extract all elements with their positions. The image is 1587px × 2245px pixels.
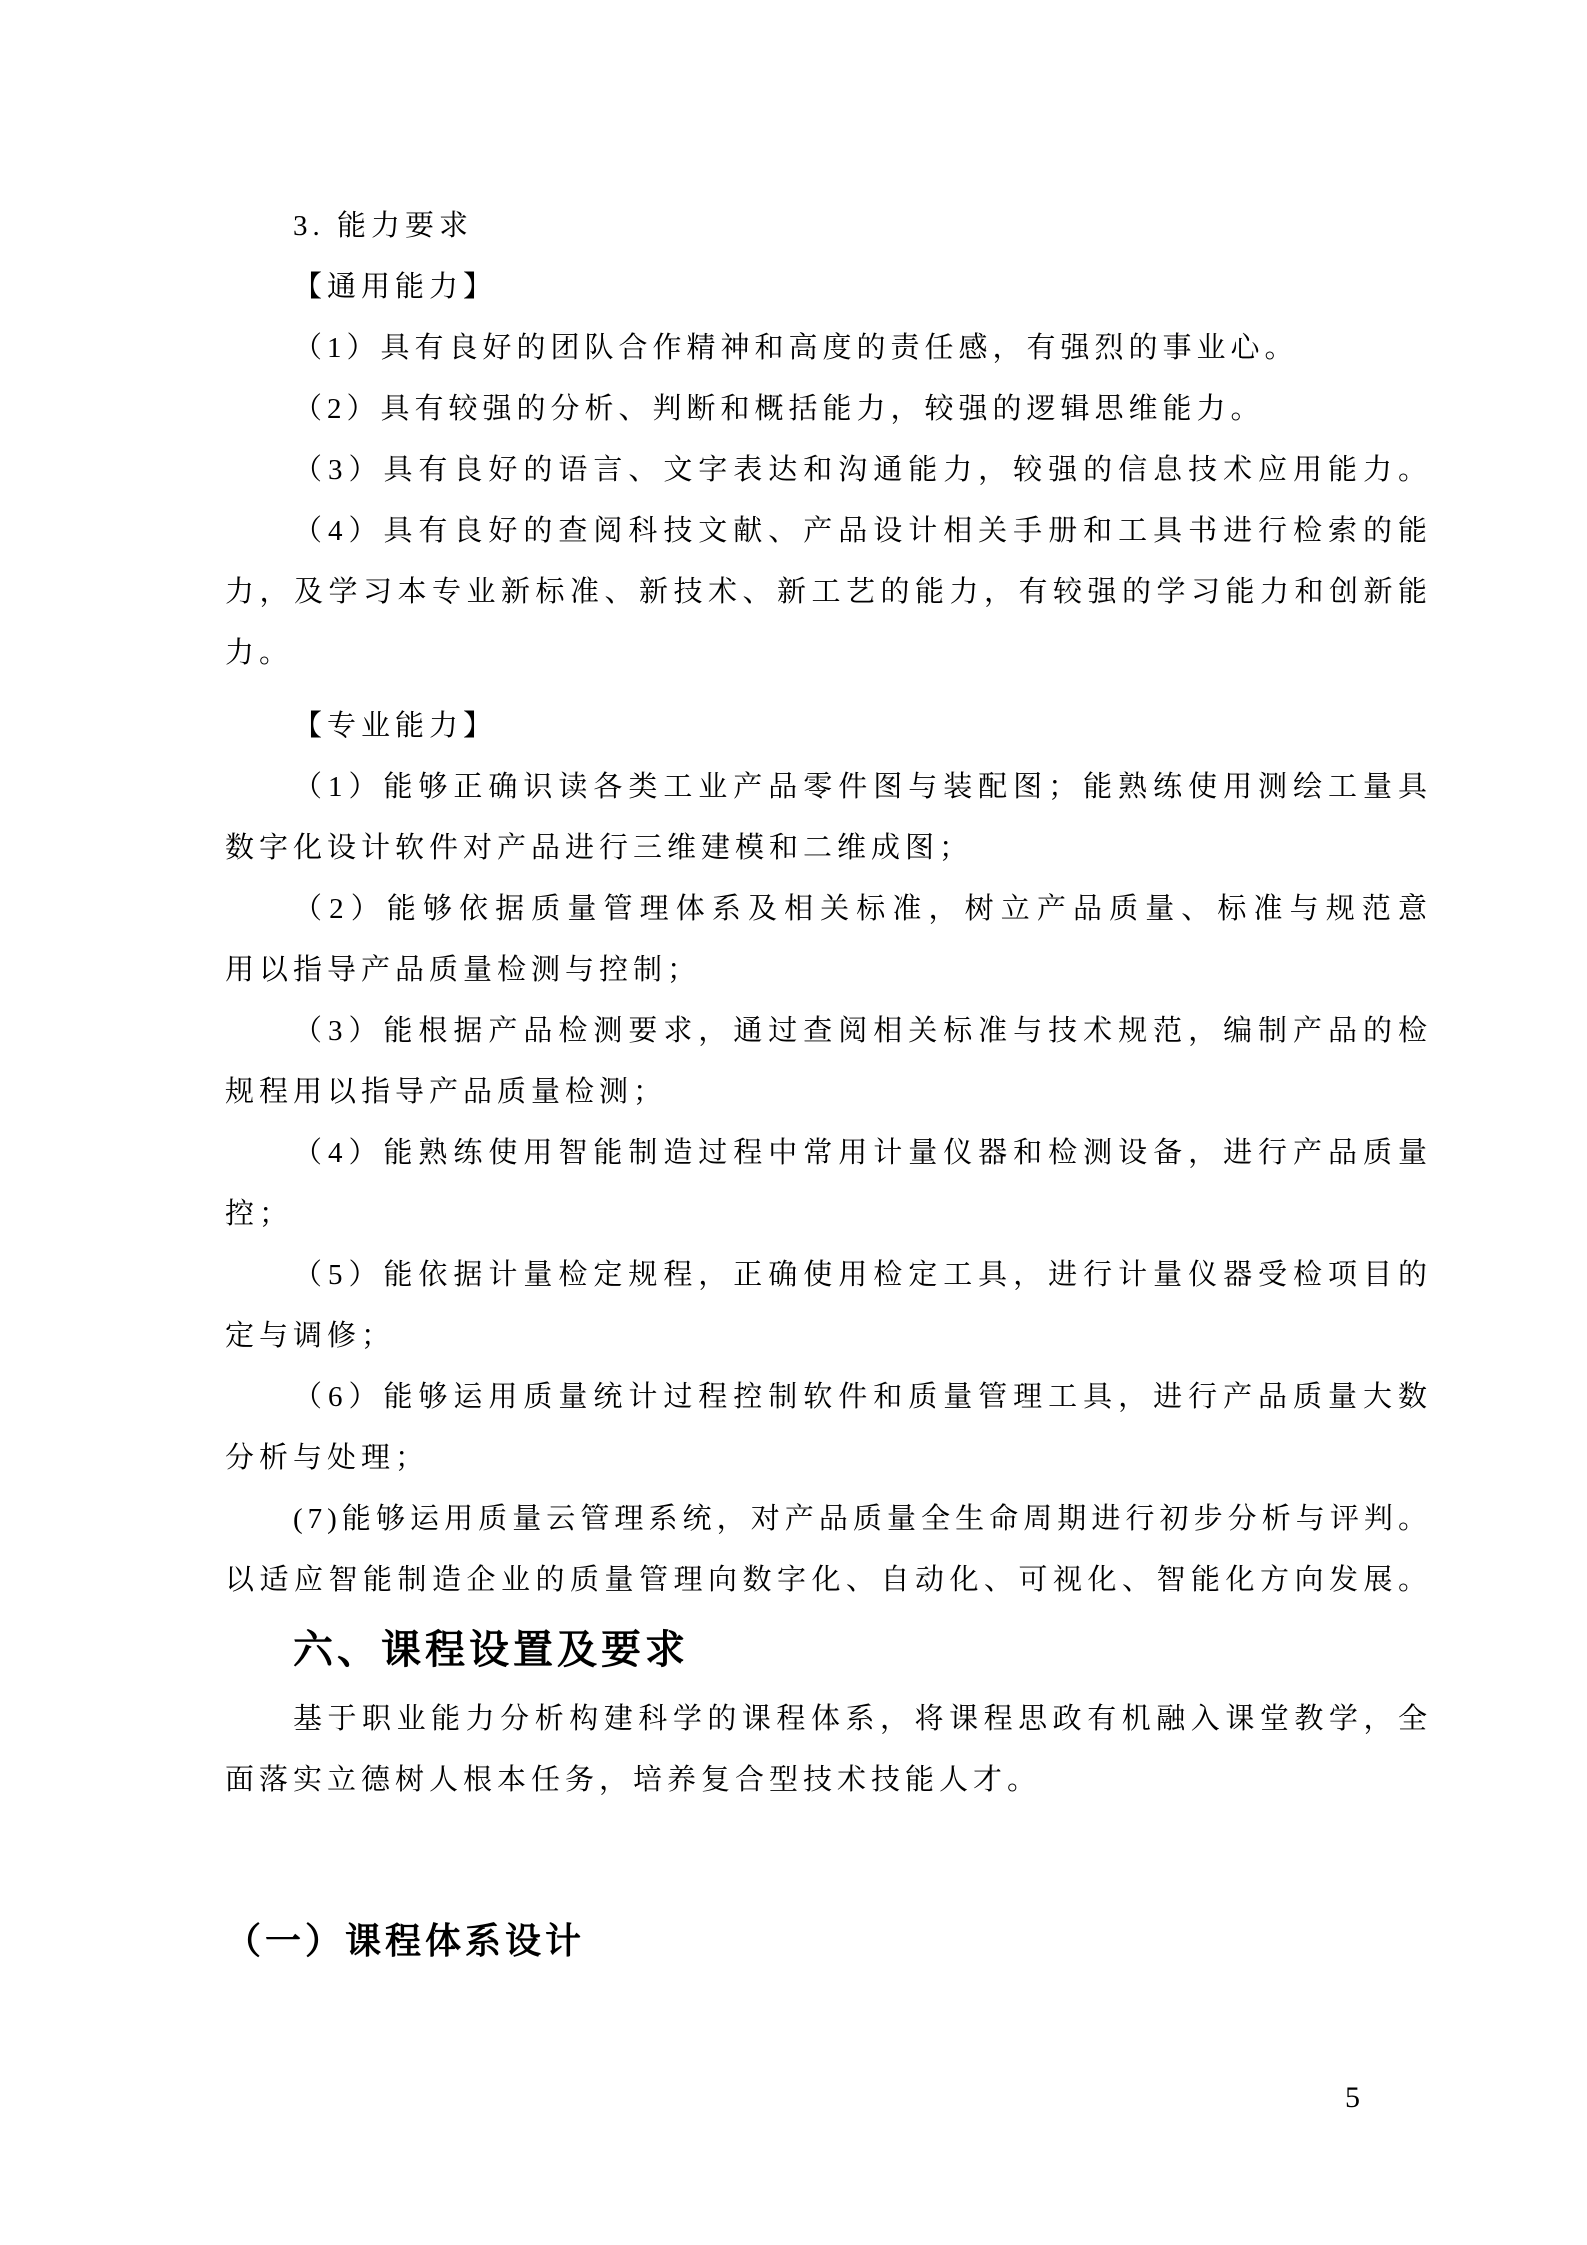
general-item-1-line: （1）具有良好的团队合作精神和高度的责任感，有强烈的事业心。 bbox=[225, 318, 1432, 379]
general-item-4-line-2: 力，及学习本专业新标准、新技术、新工艺的能力，有较强的学习能力和创新能 bbox=[225, 562, 1432, 623]
professional-item-3-line-2: 规程用以指导产品质量检测； bbox=[225, 1062, 1432, 1123]
subsection-heading: （一）课程体系设计 bbox=[225, 1906, 1432, 1976]
professional-item-4-line-2: 控； bbox=[225, 1184, 1432, 1245]
document-content: 3. 能力要求 【通用能力】 （1）具有良好的团队合作精神和高度的责任感，有强烈… bbox=[225, 196, 1432, 1976]
professional-item-5-line-1: （5）能依据计量检定规程，正确使用检定工具，进行计量仪器受检项目的检 bbox=[225, 1245, 1432, 1306]
professional-item-1-line-2: 数字化设计软件对产品进行三维建模和二维成图； bbox=[225, 818, 1432, 879]
professional-item-5-line-2: 定与调修； bbox=[225, 1306, 1432, 1367]
professional-item-2-line-1: （2）能够依据质量管理体系及相关标准，树立产品质量、标准与规范意识， bbox=[225, 879, 1432, 940]
general-item-4-line-1: （4）具有良好的查阅科技文献、产品设计相关手册和工具书进行检索的能 bbox=[225, 501, 1432, 562]
professional-item-4-line-1: （4）能熟练使用智能制造过程中常用计量仪器和检测设备，进行产品质量管 bbox=[225, 1123, 1432, 1184]
page-number: 5 bbox=[1345, 2076, 1360, 2120]
professional-item-1-line-1: （1）能够正确识读各类工业产品零件图与装配图；能熟练使用测绘工量具和 bbox=[225, 757, 1432, 818]
general-item-2-line: （2）具有较强的分析、判断和概括能力，较强的逻辑思维能力。 bbox=[225, 379, 1432, 440]
general-item-4-line-3: 力。 bbox=[225, 623, 1432, 684]
professional-item-6-line-2: 分析与处理； bbox=[225, 1428, 1432, 1489]
professional-ability-header: 【专业能力】 bbox=[225, 696, 1432, 757]
professional-item-3-line-1: （3）能根据产品检测要求，通过查阅相关标准与技术规范，编制产品的检验 bbox=[225, 1001, 1432, 1062]
professional-item-6-line-1: （6）能够运用质量统计过程控制软件和质量管理工具，进行产品质量大数据 bbox=[225, 1367, 1432, 1428]
section6-intro-line-2: 面落实立德树人根本任务，培养复合型技术技能人才。 bbox=[225, 1750, 1432, 1811]
general-ability-header: 【通用能力】 bbox=[225, 257, 1432, 318]
section6-intro-line-1: 基于职业能力分析构建科学的课程体系，将课程思政有机融入课堂教学，全 bbox=[225, 1689, 1432, 1750]
professional-item-7-line-2: 以适应智能制造企业的质量管理向数字化、自动化、可视化、智能化方向发展。 bbox=[225, 1550, 1432, 1611]
professional-item-2-line-2: 用以指导产品质量检测与控制； bbox=[225, 940, 1432, 1001]
section6-heading: 六、课程设置及要求 bbox=[225, 1611, 1432, 1689]
general-item-3-line: （3）具有良好的语言、文字表达和沟通能力，较强的信息技术应用能力。 bbox=[225, 440, 1432, 501]
professional-item-7-line-1: (7)能够运用质量云管理系统，对产品质量全生命周期进行初步分析与评判。 bbox=[225, 1489, 1432, 1550]
document-page: 3. 能力要求 【通用能力】 （1）具有良好的团队合作精神和高度的责任感，有强烈… bbox=[0, 0, 1587, 2245]
section3-heading: 3. 能力要求 bbox=[225, 196, 1432, 257]
